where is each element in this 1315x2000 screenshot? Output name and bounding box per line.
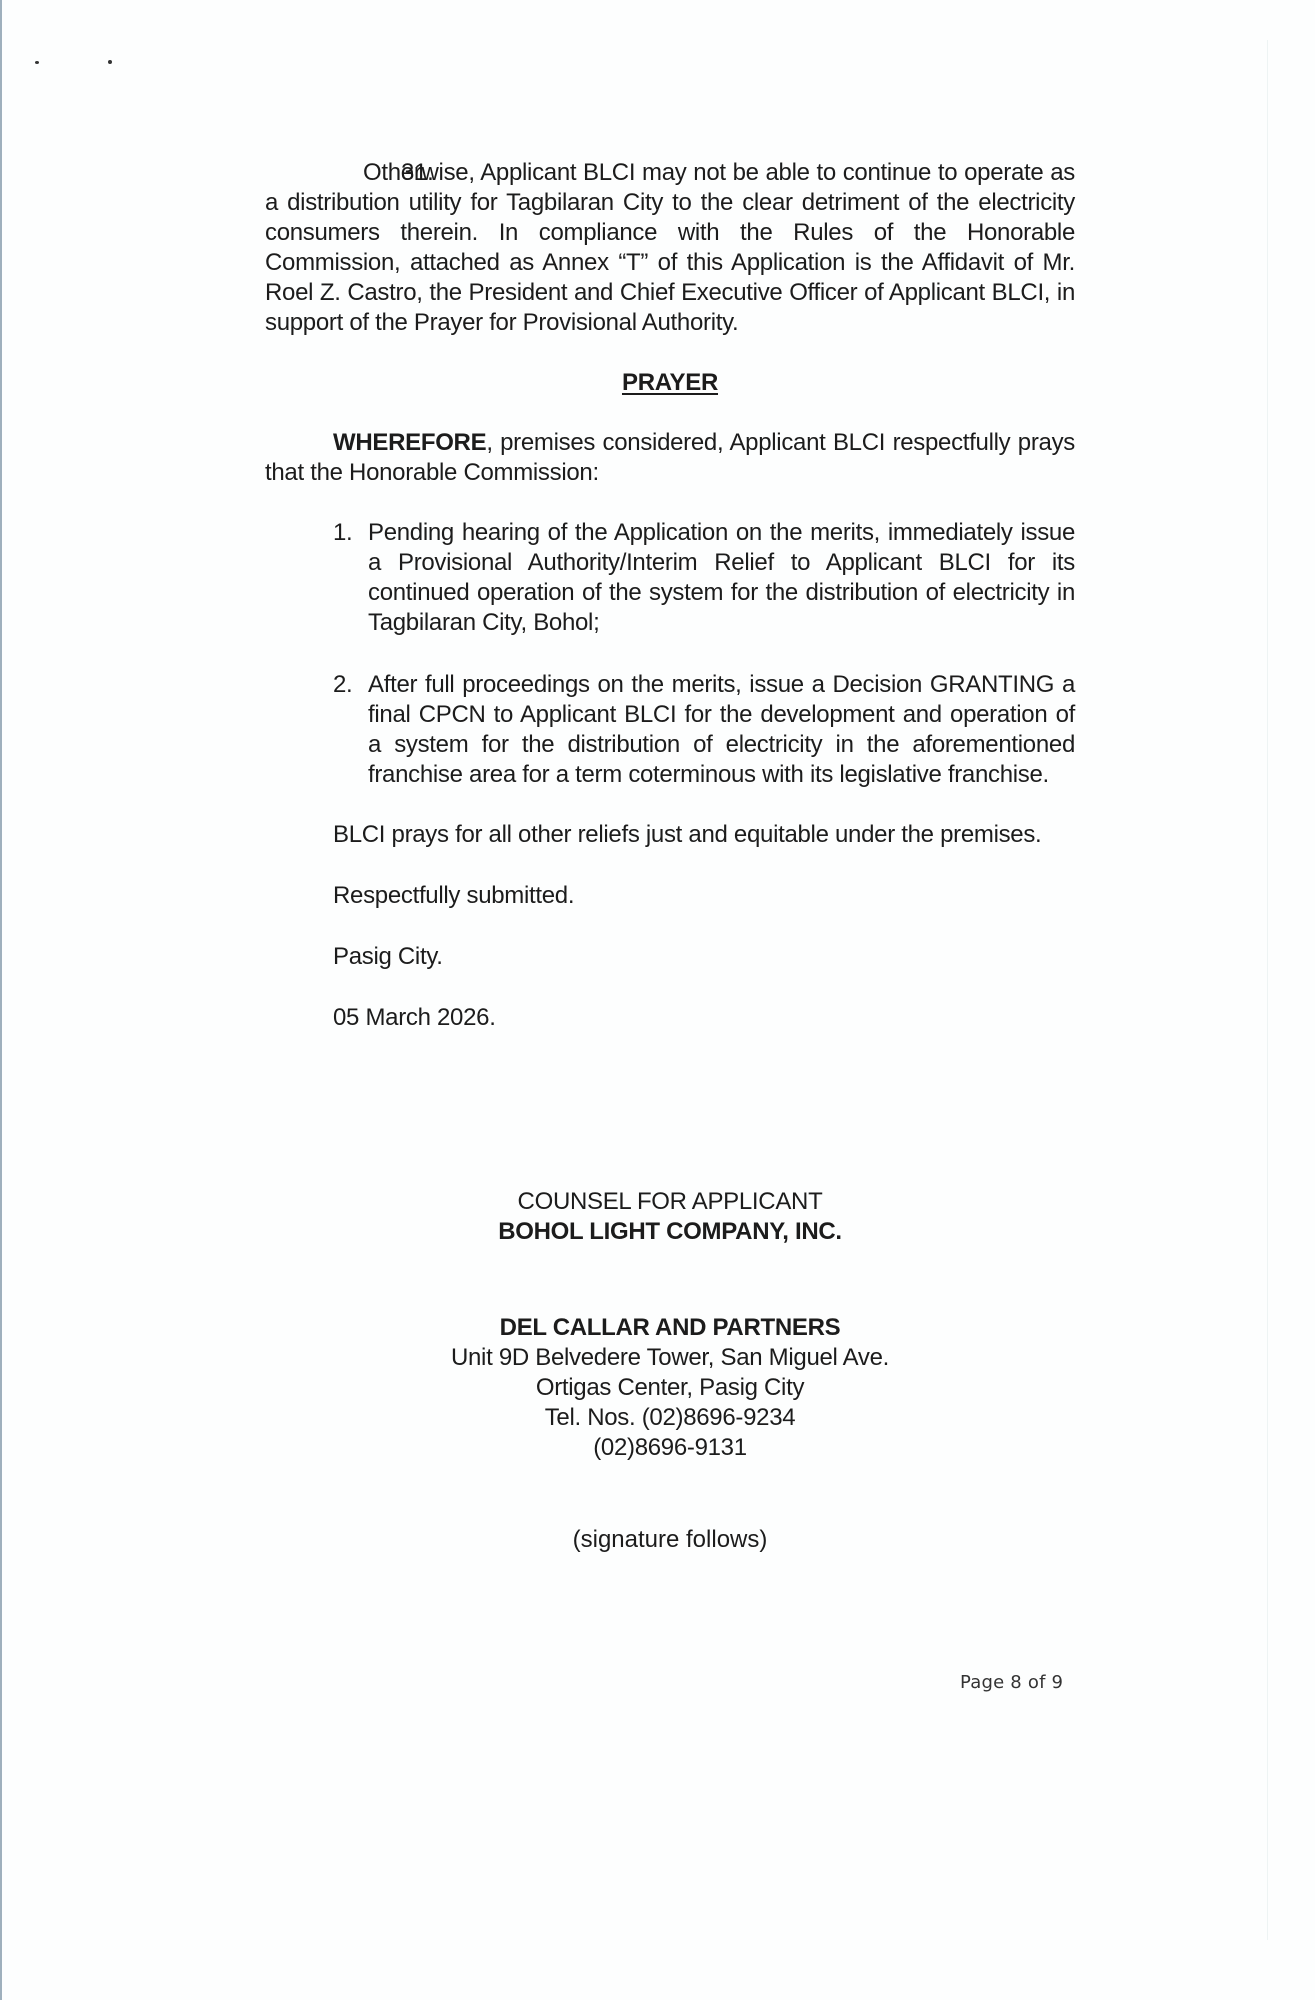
firm-name: DEL CALLAR AND PARTNERS (265, 1313, 1075, 1343)
firm-address-line2: Ortigas Center, Pasig City (265, 1373, 1075, 1403)
wherefore-paragraph: WHEREFORE, premises considered, Applican… (265, 428, 1075, 488)
prayer-item: 2. After full proceedings on the merits,… (265, 670, 1075, 790)
paragraph-text: Otherwise, Applicant BLCI may not be abl… (265, 159, 1075, 336)
other-reliefs-paragraph: BLCI prays for all other reliefs just an… (265, 820, 1075, 850)
scan-speck (35, 61, 39, 64)
client-name: BOHOL LIGHT COMPANY, INC. (265, 1217, 1075, 1247)
counsel-label: COUNSEL FOR APPLICANT (265, 1187, 1075, 1217)
prayer-list: 1. Pending hearing of the Application on… (265, 518, 1075, 790)
prayer-item-number: 1. (333, 518, 352, 548)
law-firm-block: DEL CALLAR AND PARTNERS Unit 9D Belveder… (265, 1313, 1075, 1463)
firm-tel-line2: (02)8696-9131 (265, 1433, 1075, 1463)
prayer-item-text: Pending hearing of the Application on th… (368, 519, 1075, 636)
prayer-item-text: After full proceedings on the merits, is… (368, 671, 1075, 788)
prayer-item-number: 2. (333, 670, 352, 700)
place: Pasig City. (265, 942, 1075, 972)
document-body: 31.Otherwise, Applicant BLCI may not be … (265, 158, 1075, 1033)
firm-tel-line1: Tel. Nos. (02)8696-9234 (265, 1403, 1075, 1433)
scan-edge-right (1267, 40, 1268, 1940)
scan-speck (108, 60, 112, 64)
page-indicator: Page 8 of 9 (960, 1672, 1063, 1693)
date: 05 March 2026. (265, 1003, 1075, 1033)
prayer-heading: PRAYER (265, 368, 1075, 398)
paragraph-31: 31.Otherwise, Applicant BLCI may not be … (265, 158, 1075, 338)
signature-note: (signature follows) (265, 1525, 1075, 1555)
prayer-item: 1. Pending hearing of the Application on… (265, 518, 1075, 638)
respectfully-submitted: Respectfully submitted. (265, 881, 1075, 911)
counsel-block: COUNSEL FOR APPLICANT BOHOL LIGHT COMPAN… (265, 1187, 1075, 1247)
paragraph-number: 31. (333, 158, 363, 188)
scan-edge-left (0, 0, 2, 2000)
wherefore-lead: WHEREFORE (333, 429, 486, 456)
firm-address-line1: Unit 9D Belvedere Tower, San Miguel Ave. (265, 1343, 1075, 1373)
